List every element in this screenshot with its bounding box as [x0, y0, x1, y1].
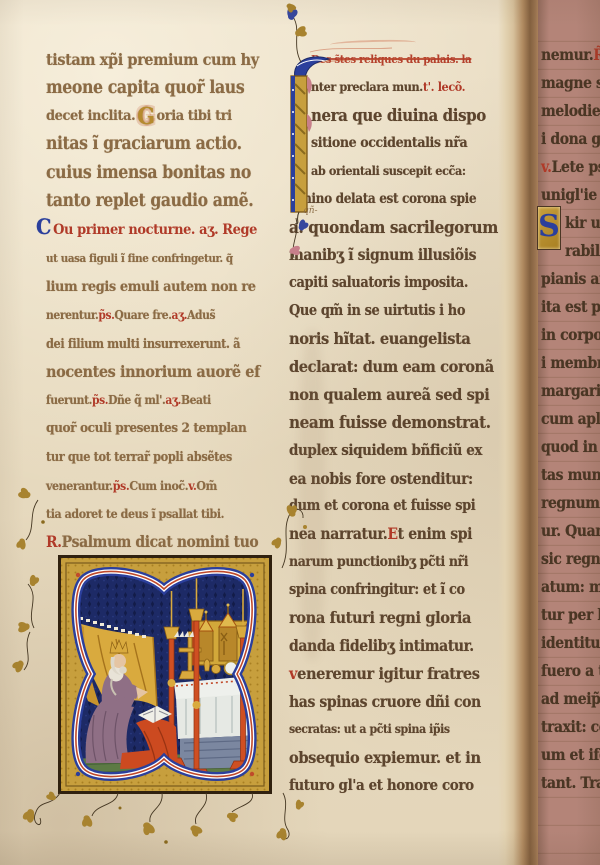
text-segment: Dñe q̃ ml'. — [108, 393, 165, 407]
text-line: magne solemnitatu — [541, 68, 600, 96]
text-segment: a. quondam sacrilegorum — [289, 217, 498, 237]
text-line: regnum xp̃i et — [541, 488, 600, 516]
text-segment: Adus̃ — [187, 308, 215, 322]
text-line: R. Psalmum dicat nomini tuo — [46, 528, 286, 556]
text-line: unigl'ie pro domi — [541, 180, 600, 208]
text-segment: manibʒ ĩ signum illusiõis — [289, 245, 476, 264]
text-segment: hino delata est corona spie — [303, 191, 476, 207]
text-line: tia adoret te deus ĩ psallat tibi. — [46, 499, 286, 527]
text-line: um et ifernor̃ — [541, 740, 600, 768]
text-line: ita est post core — [541, 292, 600, 320]
text-segment: tur que tot terrar̃ popli absẽtes — [46, 449, 232, 464]
text-line: margaritis orn — [541, 376, 600, 404]
text-segment: quod in ea et pre — [541, 437, 600, 456]
text-line: in corpore xp̃i de — [541, 320, 600, 348]
text-segment: cuius imensa bonitas no — [46, 163, 251, 183]
text-segment: tur per h q̃d in — [541, 605, 600, 624]
text-segment: unigl'ie pro domi — [541, 185, 600, 204]
text-segment: E — [387, 524, 397, 543]
text-segment: atum: manif — [541, 577, 600, 596]
left-text-column: tistam xp̃i premium cum hymeone capita q… — [46, 45, 286, 556]
text-segment: i membris eius — [541, 353, 600, 372]
decorated-initial-s: S — [537, 206, 561, 250]
text-segment: R. — [46, 532, 62, 551]
text-line: Des s̃tes reliques du palais. la — [289, 45, 511, 73]
text-line: futuro gl'a et honore coro — [289, 771, 511, 799]
text-segment: tas munici dep — [541, 465, 600, 484]
text-line: nitas ĩ graciarum actio. — [46, 130, 286, 158]
text-line: quod in ea et pre — [541, 432, 600, 460]
text-line: tanto replet gaudio amẽ. — [46, 187, 286, 215]
text-line: Que qm̃ in se uirtutis i ho — [289, 296, 511, 324]
text-segment: rabilis e — [565, 241, 600, 260]
text-segment: Beati — [181, 393, 211, 407]
manuscript-photo: tistam xp̃i premium cum hymeone capita q… — [0, 0, 600, 865]
text-line: meone capita quor̃ laus — [46, 73, 286, 101]
text-line: tistam xp̃i premium cum hy — [46, 45, 286, 73]
text-segment: cum apl'o gl'am — [541, 409, 600, 428]
text-segment: dei filium multi insurrexerunt. ã — [46, 336, 240, 351]
text-segment: venerantur. — [46, 478, 113, 493]
text-segment: decet inclita. — [46, 107, 135, 124]
text-segment: kir uen — [565, 213, 600, 232]
text-segment: sitione occidentalis nr̃a — [311, 135, 467, 151]
text-segment: Ou primer nocturne. aʒ. Rege — [53, 221, 257, 238]
text-line: dei filium multi insurrexerunt. ã — [46, 329, 286, 357]
text-segment: v. — [541, 157, 552, 176]
text-segment: G — [137, 105, 154, 128]
text-line: veneremur igitur fratres — [289, 660, 511, 688]
text-line: nocentes innorium auorẽ ef — [46, 357, 286, 385]
text-segment: ita est post core — [541, 297, 600, 316]
text-segment: futuro gl'a et honore coro — [289, 776, 474, 794]
text-segment: eneremur igitur fratres — [297, 664, 480, 683]
text-segment: i dona grane austr — [541, 129, 600, 148]
margin-note: qñ- — [303, 206, 318, 216]
text-segment: p̃s. — [98, 308, 114, 322]
text-segment: has spinas cruore dñi con — [289, 692, 481, 711]
text-segment: lium regis emuli autem non re — [46, 278, 256, 295]
text-segment: capiti saluatoris imposita. — [289, 274, 468, 291]
text-segment: ad meip̃m. — [541, 689, 600, 708]
text-segment: identitur. — [541, 633, 600, 652]
text-line: capiti saluatoris imposita. — [289, 269, 511, 297]
text-segment: nera que diuina dispo — [311, 105, 486, 125]
text-line: atum: manif — [541, 572, 600, 600]
text-segment: tanto replet gaudio amẽ. — [46, 191, 253, 211]
text-line: traxit: celestiu — [541, 712, 600, 740]
text-line: ut uasa figuli ĩ fine confringetur. q̃ — [46, 244, 286, 272]
text-segment: secratas: ut a pc̃ti spina ip̃is — [289, 722, 450, 736]
text-segment: v — [289, 664, 297, 683]
text-line: sitione occidentalis nr̃a — [289, 129, 511, 157]
text-line: i dona grane austr — [541, 124, 600, 152]
show-through-smudge — [299, 330, 325, 660]
text-line: hino delata est corona spie — [289, 185, 511, 213]
text-line: obsequio expiemur. et in — [289, 743, 511, 771]
text-segment: magne solemnitatu — [541, 73, 600, 92]
miniature-king-praying — [58, 555, 272, 794]
text-line: decet inclita. Goria tibi tri — [46, 102, 286, 130]
text-line: fuerunt. p̃s. Dñe q̃ ml'. aʒ. Beati — [46, 386, 286, 414]
text-line: cum apl'o gl'am — [541, 404, 600, 432]
text-line: v. Lete psallant e — [541, 152, 600, 180]
text-segment: um et ifernor̃ — [541, 745, 600, 764]
text-segment: margaritis orn — [541, 381, 600, 400]
text-line: secratas: ut a pc̃ti spina ip̃is — [289, 716, 511, 744]
text-line: nera que diuina dispo — [289, 101, 511, 129]
text-segment: tia adoret te deus ĩ psallat tibi. — [46, 506, 224, 521]
text-segment: nitas ĩ graciarum actio. — [46, 134, 242, 154]
text-line: ur. Quantum — [541, 516, 600, 544]
text-segment: Quare fre. — [114, 308, 171, 322]
text-segment: nemur. — [541, 45, 593, 64]
text-segment: regnum xp̃i et — [541, 493, 600, 512]
king-beard — [119, 666, 127, 674]
text-line: manibʒ ĩ signum illusiõis — [289, 241, 511, 269]
text-segment: fuero a terra: o — [541, 661, 600, 680]
text-line: ab orientali suscepit ecc̃a: — [289, 157, 511, 185]
text-segment: p̃s. — [113, 478, 130, 493]
text-segment: meone capita quor̃ laus — [46, 78, 244, 98]
next-folio-text: nemur. R̃. Laue cecmagne solemnitatumelo… — [541, 40, 600, 796]
text-line: tur per h q̃d in — [541, 600, 600, 628]
text-line: nemur. R̃. Laue cec — [541, 40, 600, 68]
text-segment: nerentur. — [46, 308, 98, 322]
text-line: identitur. Cum — [541, 628, 600, 656]
text-segment: aʒ. — [172, 308, 188, 322]
text-line: nerentur. p̃s. Quare fre. aʒ. Adus̃ — [46, 301, 286, 329]
text-line: melodie maria pru — [541, 96, 600, 124]
text-segment: p̃s. — [92, 393, 108, 407]
text-line: quor̃ oculi presentes 2 templan — [46, 414, 286, 442]
text-line: i membris eius — [541, 348, 600, 376]
text-line: a. quondam sacrilegorum — [289, 213, 511, 241]
text-segment: Des s̃tes reliques du palais. la — [311, 52, 471, 66]
text-segment: ab orientali suscepit ecc̃a: — [311, 163, 466, 178]
text-segment: fuerunt. — [46, 393, 92, 407]
text-segment: in corpore xp̃i de — [541, 325, 600, 344]
text-segment: Que qm̃ in se uirtutis i ho — [289, 302, 465, 319]
text-line: sic regnum xp̃i — [541, 544, 600, 572]
text-segment: nocentes innorium auorẽ ef — [46, 362, 260, 381]
text-segment: melodie maria pru — [541, 101, 600, 120]
text-segment: R̃. — [593, 45, 600, 64]
text-line: nter preclara mun. t'. lecõ. — [289, 73, 511, 101]
text-segment: Psalmum dicat nomini tuo — [62, 532, 259, 551]
text-segment: Cum inoc̃. — [129, 478, 188, 493]
text-segment: nter preclara mun. — [311, 79, 423, 94]
text-line: noris hĩtat. euangelista — [289, 324, 511, 352]
text-line: venerantur. p̃s. Cum inoc̃. v. Om̃ — [46, 471, 286, 499]
text-segment: Om̃ — [196, 478, 217, 493]
text-segment: Lete psallant e — [552, 157, 600, 176]
text-line: COu primer nocturne. aʒ. Rege — [46, 215, 286, 243]
text-segment: aʒ. — [165, 393, 181, 407]
text-segment: sic regnum xp̃i — [541, 549, 600, 568]
text-segment: C — [36, 217, 51, 239]
text-segment: oria tibi tri — [157, 107, 232, 124]
text-segment: t'. lecõ. — [423, 79, 465, 94]
next-folio-edge: nemur. R̃. Laue cecmagne solemnitatumelo… — [538, 0, 600, 865]
text-segment: pianis amabi — [541, 269, 600, 288]
text-line: ad meip̃m. Et — [541, 684, 600, 712]
text-line: tur que tot terrar̃ popli absẽtes — [46, 442, 286, 470]
text-segment: quor̃ oculi presentes 2 templan — [46, 420, 246, 436]
text-segment: t enim spi — [398, 524, 472, 543]
text-line: cuius imensa bonitas no — [46, 159, 286, 187]
text-line: fuero a terra: o — [541, 656, 600, 684]
text-line: has spinas cruore dñi con — [289, 688, 511, 716]
text-segment: traxit: celestiu — [541, 717, 600, 736]
text-segment: obsequio expiemur. et in — [289, 748, 481, 767]
text-line: lium regis emuli autem non re — [46, 272, 286, 300]
text-segment: tistam xp̃i premium cum hy — [46, 50, 259, 69]
text-line: pianis amabi — [541, 264, 600, 292]
text-line: tant. Trahe igi — [541, 768, 600, 796]
text-line: danda fidelibʒ intimatur. — [289, 632, 511, 660]
text-segment: ut uasa figuli ĩ fine confringetur. q̃ — [46, 251, 233, 265]
text-line: tas munici dep — [541, 460, 600, 488]
text-segment: tant. Trahe igi — [541, 773, 600, 792]
binding-gutter-shadow — [498, 0, 538, 865]
text-segment: ur. Quantum — [541, 521, 600, 540]
